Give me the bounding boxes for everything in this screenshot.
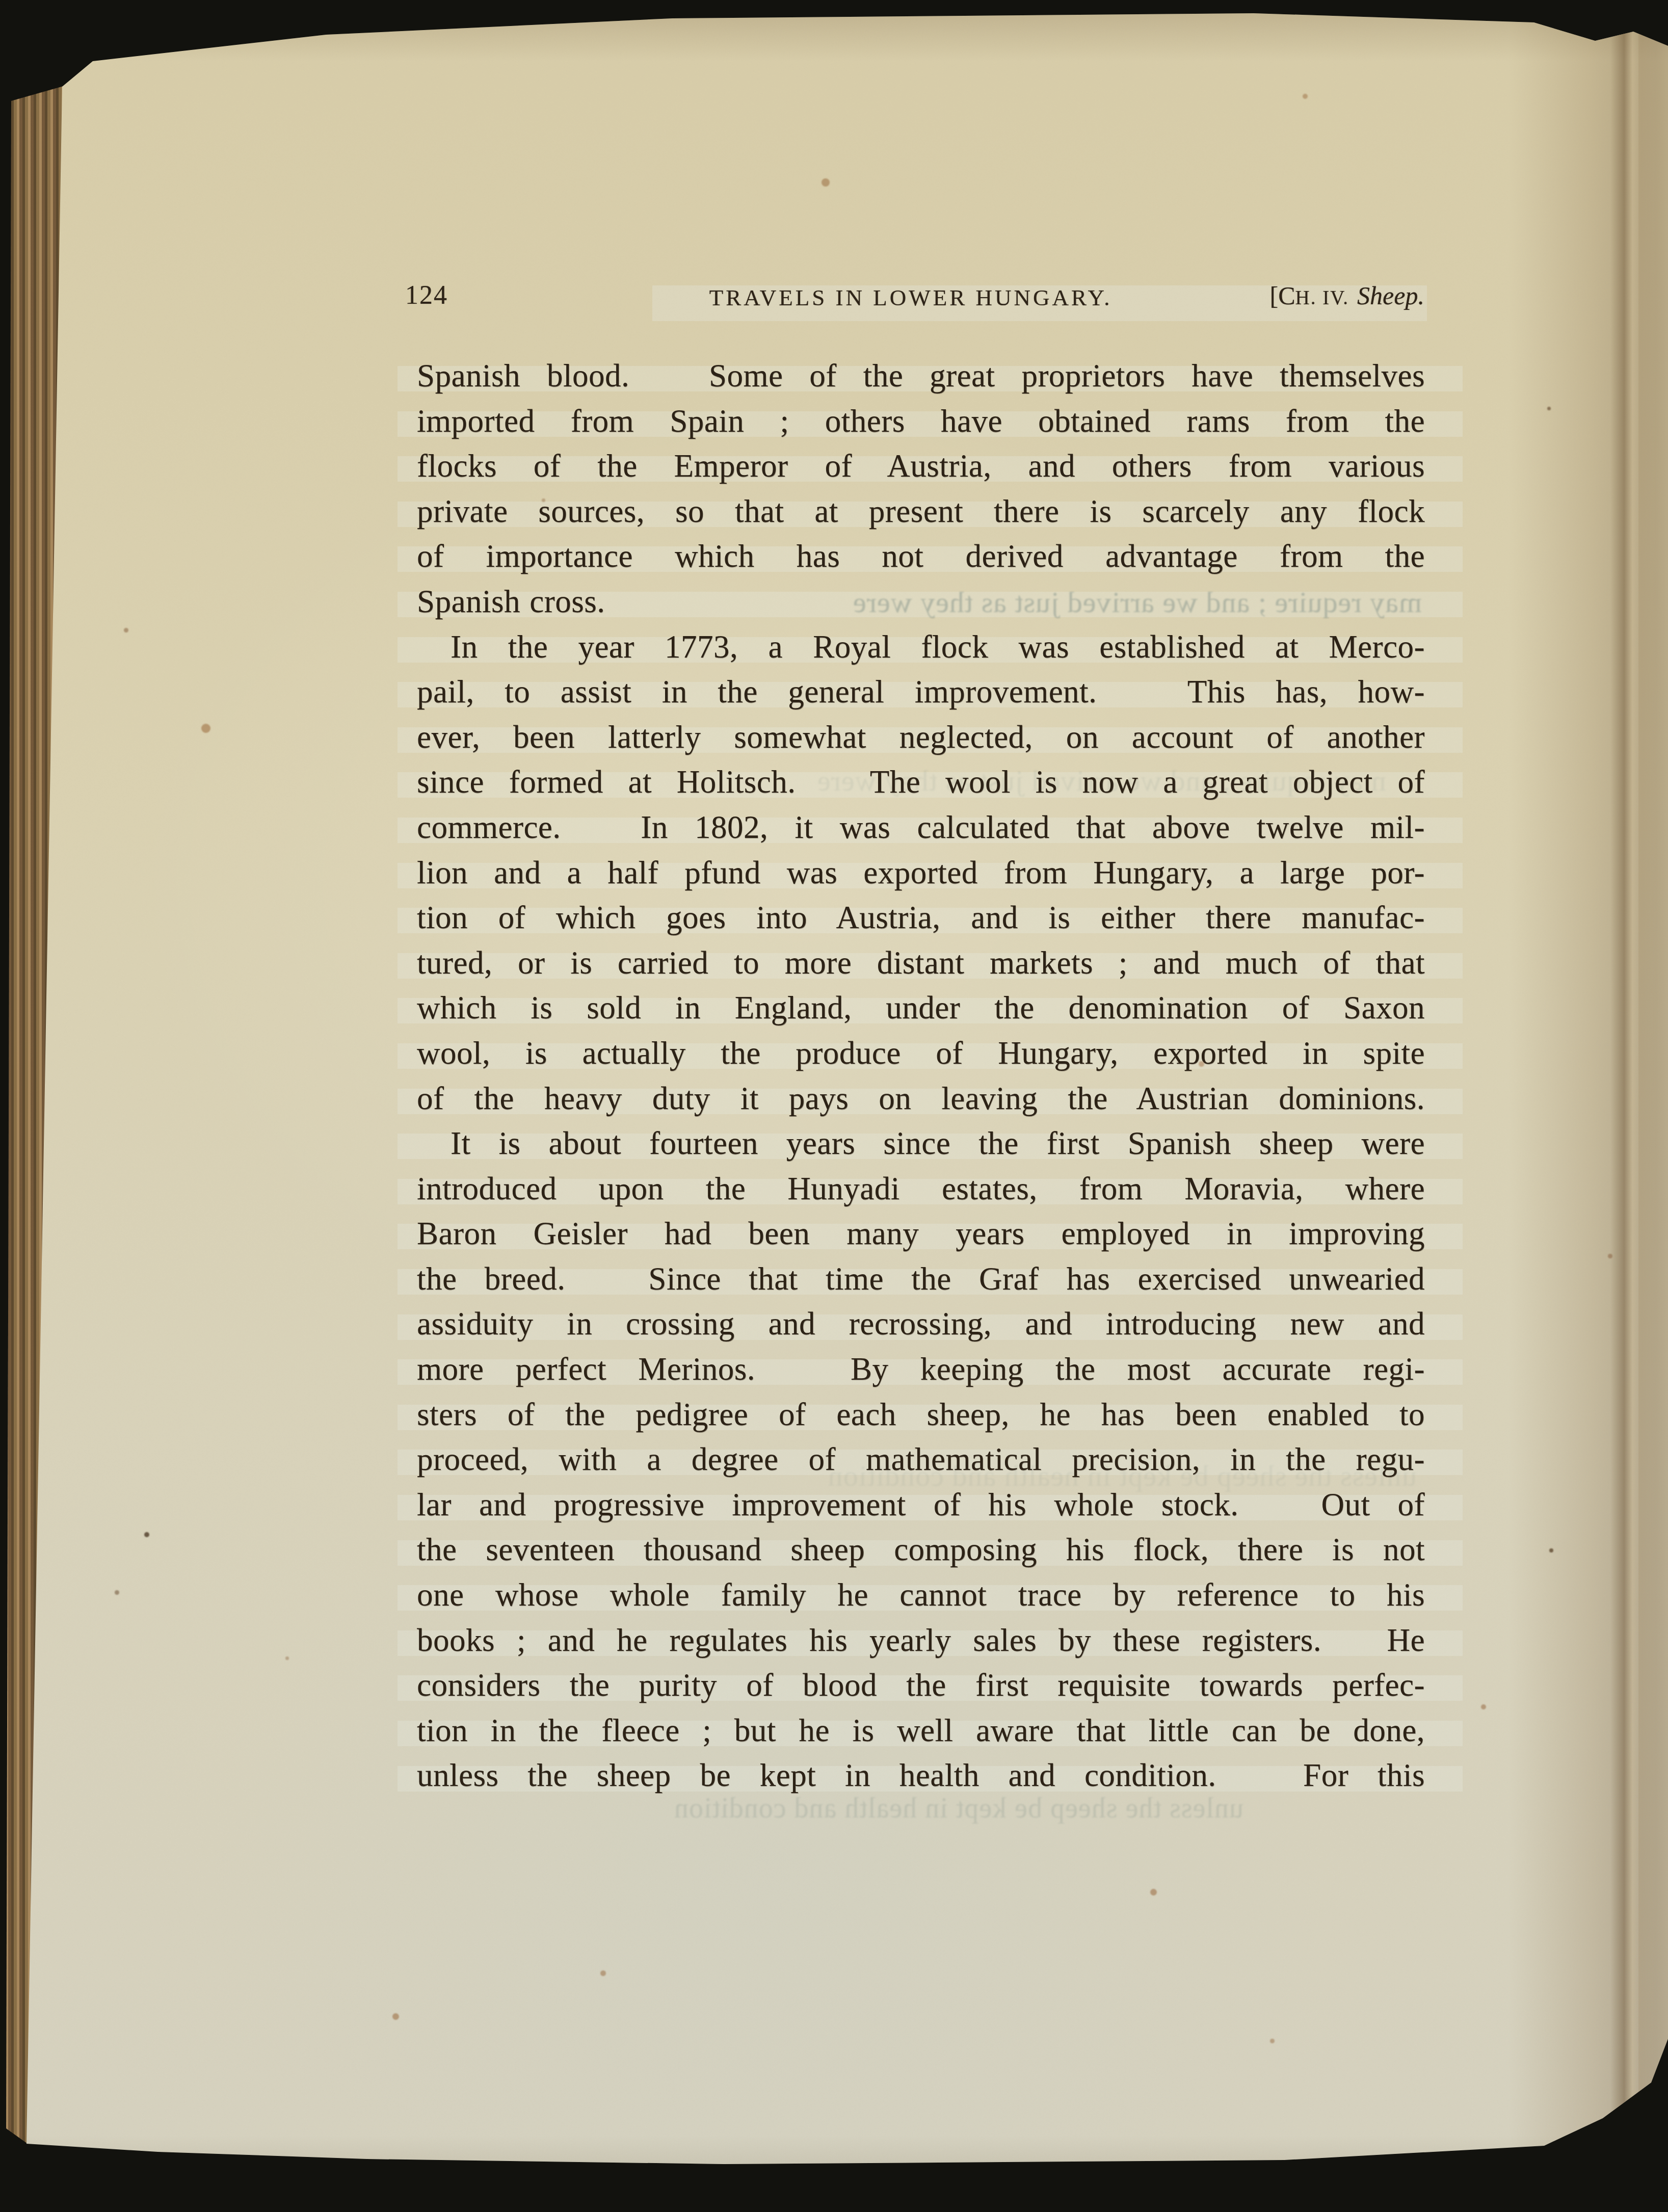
foxing-spot: [392, 2013, 399, 2020]
text-line: commerce. In 1802, it was calculated tha…: [417, 805, 1425, 850]
page-number: 124: [405, 278, 448, 313]
text-line: sters of the pedigree of each sheep, he …: [417, 1392, 1425, 1437]
text-line: Baron Geisler had been many years employ…: [417, 1211, 1425, 1256]
foxing-spot: [600, 1970, 606, 1976]
book-page: may require ; and we arrived just as the…: [0, 0, 1668, 2212]
running-head: TRAVELS IN LOWER HUNGARY.: [709, 282, 1113, 313]
gutter-shade: [1638, 0, 1668, 2212]
foxing-spot: [115, 1590, 119, 1595]
text-line: tured, or is carried to more distant mar…: [417, 940, 1425, 986]
foxing-spot: [1150, 1889, 1157, 1895]
text-line: since formed at Holitsch. The wool is no…: [417, 759, 1425, 805]
foxing-spot: [1270, 2039, 1275, 2043]
text-line: introduced upon the Hunyadi estates, fro…: [417, 1166, 1425, 1212]
text-line: wool, is actually the produce of Hungary…: [417, 1031, 1425, 1076]
text-line: assiduity in crossing and recrossing, an…: [417, 1301, 1425, 1347]
text-line: lar and progressive improvement of his w…: [417, 1482, 1425, 1528]
text-line: tion of which goes into Austria, and is …: [417, 895, 1425, 940]
text-line: ever, been latterly somewhat neglected, …: [417, 715, 1425, 760]
foxing-spot: [1547, 407, 1551, 410]
foxing-spot: [1481, 1704, 1486, 1709]
chapter-reference-smallcaps: H. IV.: [1295, 287, 1349, 309]
text-line: In the year 1773, a Royal flock was esta…: [417, 624, 1425, 670]
text-line: more perfect Merinos. By keeping the mos…: [417, 1347, 1425, 1392]
text-line: one whose whole family he cannot trace b…: [417, 1572, 1425, 1618]
foxing-spot: [822, 178, 830, 187]
text-line: It is about fourteen years since the fir…: [417, 1121, 1425, 1166]
gutter-fold: [1610, 0, 1641, 2212]
body-text: Spanish blood. Some of the great proprie…: [417, 353, 1425, 1798]
foxing-spot: [144, 1532, 149, 1537]
foxing-spot: [124, 628, 128, 633]
text-line: of the heavy duty it pays on leaving the…: [417, 1076, 1425, 1121]
text-line: pail, to assist in the general improveme…: [417, 669, 1425, 715]
text-line: the breed. Since that time the Graf has …: [417, 1256, 1425, 1302]
chapter-reference: [CH. IV.Sheep.: [1270, 278, 1424, 320]
text-line: Spanish blood. Some of the great proprie…: [417, 353, 1425, 399]
text-line: Spanish cross.: [417, 579, 1425, 624]
foxing-spot: [201, 724, 210, 733]
text-line: proceed, with a degree of mathematical p…: [417, 1437, 1425, 1482]
text-line: considers the purity of blood the first …: [417, 1663, 1425, 1708]
text-line: imported from Spain ; others have obtain…: [417, 399, 1425, 444]
foxing-spot: [285, 1656, 289, 1660]
foxing-spot: [1549, 1548, 1553, 1552]
text-line: flocks of the Emperor of Austria, and ot…: [417, 443, 1425, 489]
text-line: unless the sheep be kept in health and c…: [417, 1753, 1425, 1798]
scanned-book-page: may require ; and we arrived just as the…: [0, 0, 1668, 2212]
text-line: private sources, so that at present ther…: [417, 489, 1425, 534]
foxing-spot: [1303, 94, 1308, 99]
page-header: 124 TRAVELS IN LOWER HUNGARY. [CH. IV.Sh…: [405, 278, 1424, 319]
text-line: lion and a half pfund was exported from …: [417, 850, 1425, 896]
chapter-reference-lead: [C: [1270, 281, 1295, 310]
text-line: which is sold in England, under the deno…: [417, 985, 1425, 1031]
text-line: of importance which has not derived adva…: [417, 534, 1425, 579]
chapter-reference-topic: Sheep.: [1357, 281, 1424, 310]
text-line: tion in the fleece ; but he is well awar…: [417, 1708, 1425, 1753]
text-line: books ; and he regulates his yearly sale…: [417, 1618, 1425, 1663]
text-line: the seventeen thousand sheep composing h…: [417, 1527, 1425, 1572]
